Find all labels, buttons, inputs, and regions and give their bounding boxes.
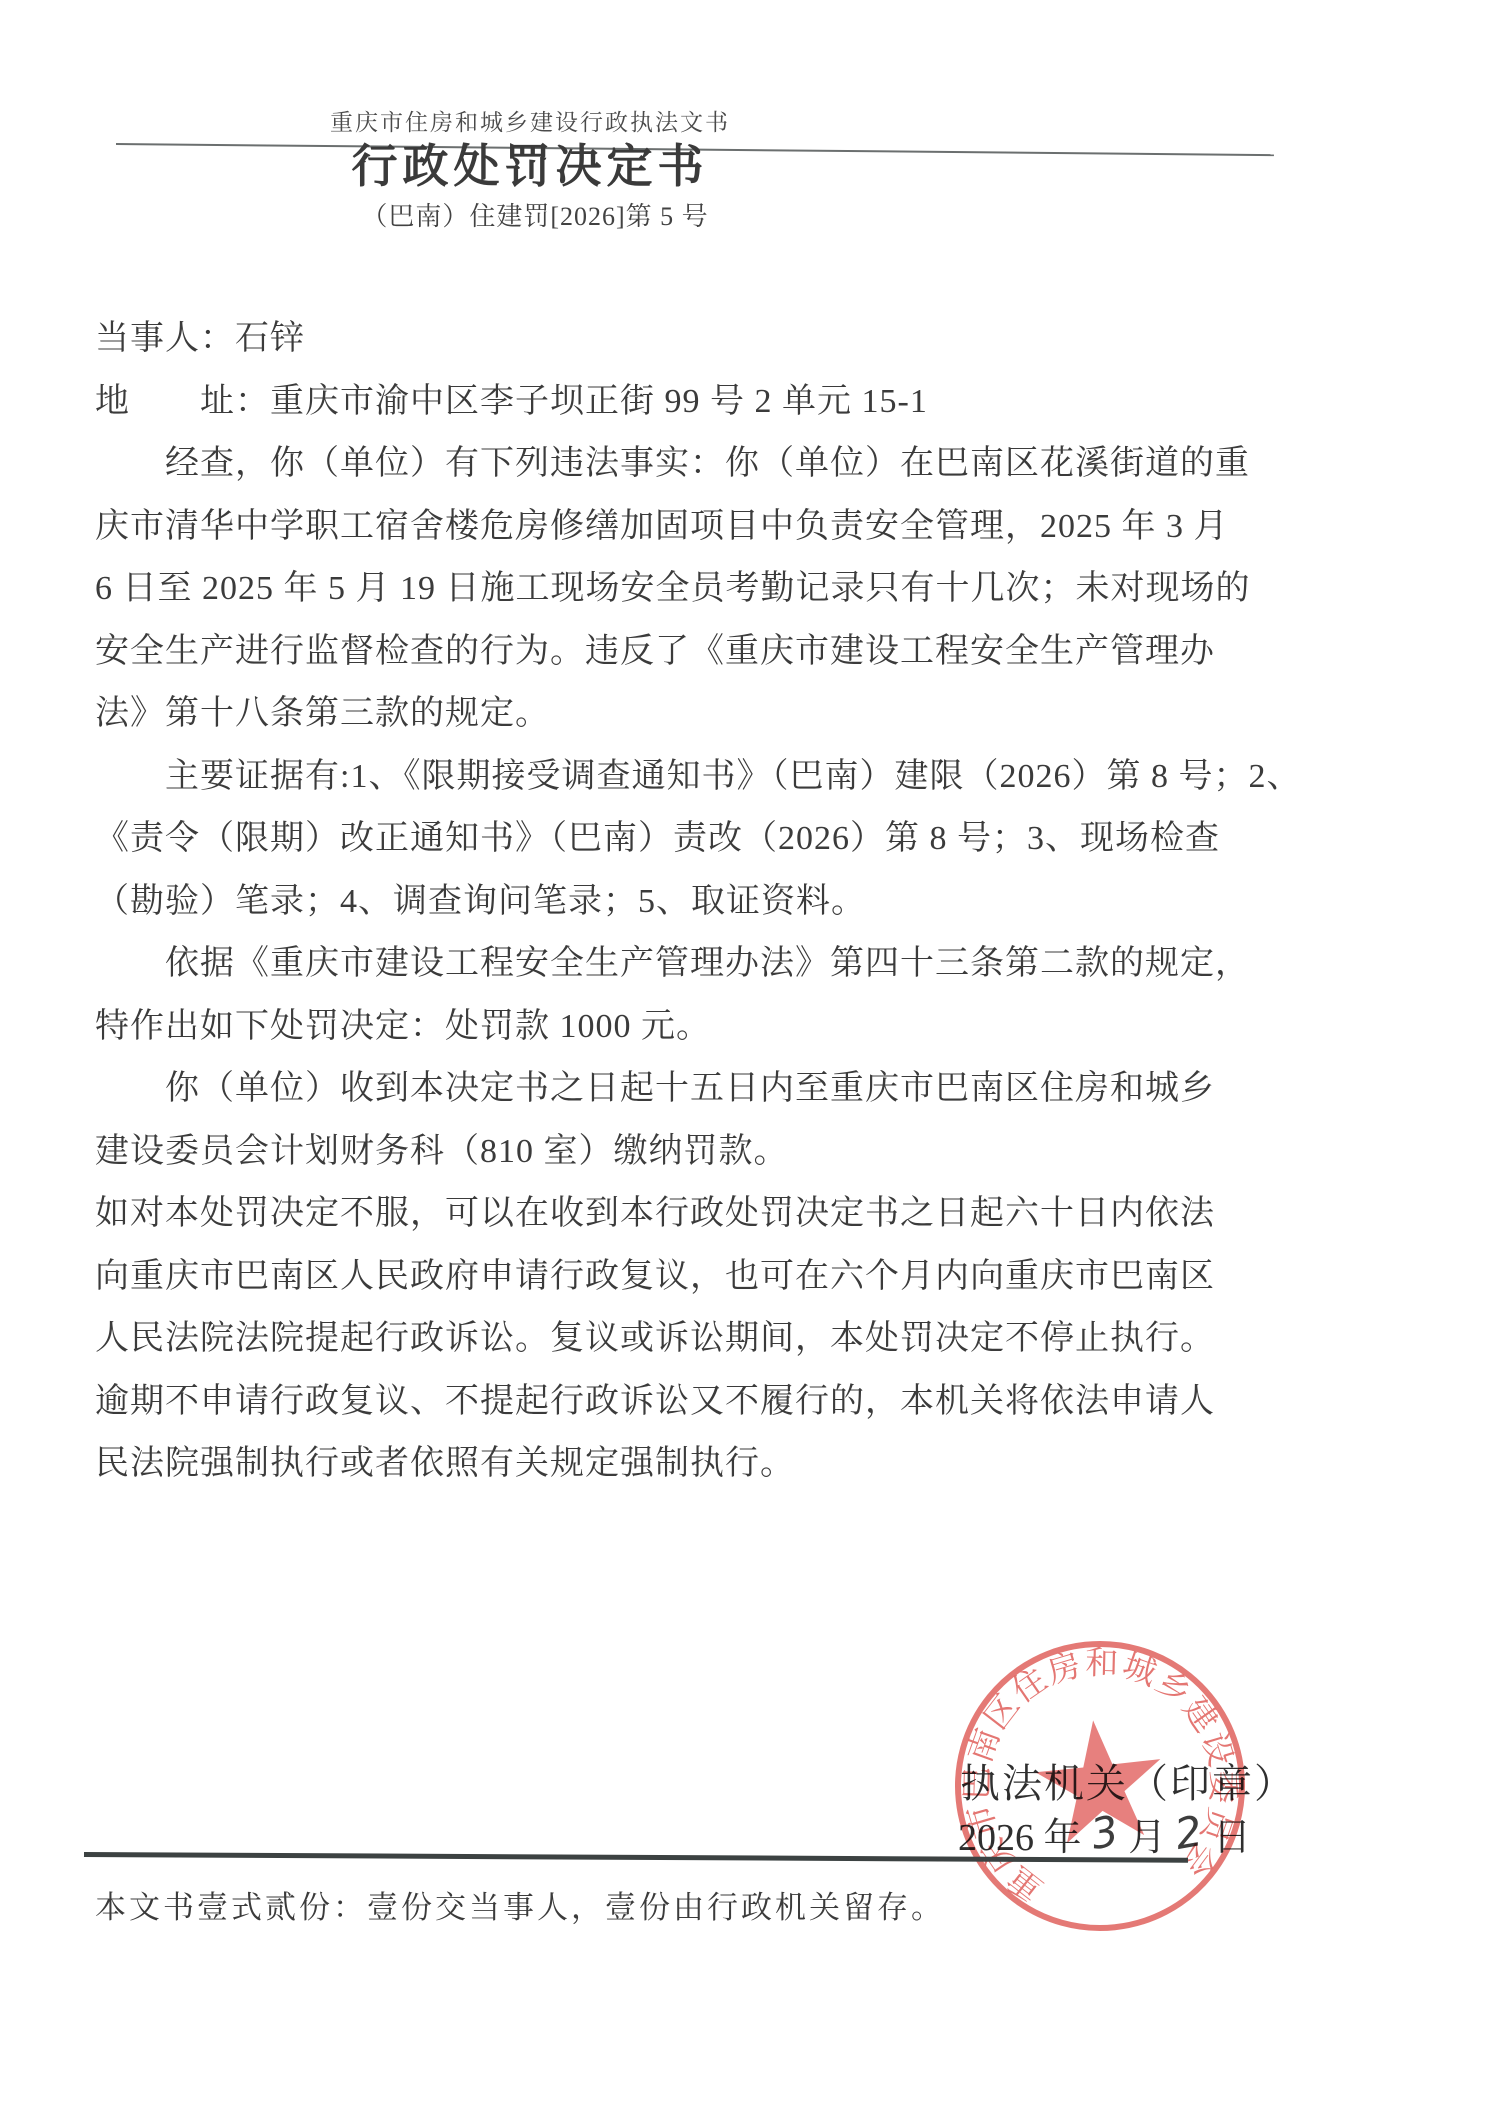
address-line: 地 址：重庆市渝中区李子坝正街 99 号 2 单元 15-1 — [95, 371, 1428, 434]
party-name-line: 当事人：石锌 — [95, 308, 1428, 371]
appeal-line-4: 逾期不申请行政复议、不提起行政诉讼又不履行的，本机关将依法申请人 — [95, 1371, 1428, 1434]
evidence-line-2: 《责令（限期）改正通知书》（巴南）责改（2026）第 8 号；3、现场检查 — [95, 808, 1428, 871]
evidence-line-3: （勘验）笔录；4、调查询问笔录；5、取证资料。 — [95, 871, 1428, 934]
official-seal: 重庆市巴南区住房和城乡建设委员会 — [935, 1621, 1265, 1951]
facts-line-4: 安全生产进行监督检查的行为。违反了《重庆市建设工程安全生产管理办 — [95, 621, 1428, 684]
facts-line-1: 经查，你（单位）有下列违法事实：你（单位）在巴南区花溪街道的重 — [95, 433, 1428, 496]
evidence-line-1: 主要证据有:1、《限期接受调查通知书》（巴南）建限（2026）第 8 号；2、 — [95, 746, 1428, 809]
payment-line-2: 建设委员会计划财务科（810 室）缴纳罚款。 — [95, 1121, 1428, 1184]
document-number: （巴南）住建罚[2026]第 5 号 — [361, 196, 708, 233]
appeal-line-3: 人民法院法院提起行政诉讼。复议或诉讼期间，本处罚决定不停止执行。 — [95, 1308, 1428, 1371]
payment-line-1: 你（单位）收到本决定书之日起十五日内至重庆市巴南区住房和城乡 — [95, 1058, 1428, 1121]
seal-star-icon — [1031, 1714, 1168, 1846]
facts-line-5: 法》第十八条第三款的规定。 — [95, 683, 1428, 746]
copies-note: 本文书壹式贰份：壹份交当事人，壹份由行政机关留存。 — [95, 1882, 945, 1927]
appeal-line-1: 如对本处罚决定不服，可以在收到本行政处罚决定书之日起六十日内依法 — [95, 1183, 1428, 1246]
decision-line-2: 特作出如下处罚决定：处罚款 1000 元。 — [95, 996, 1428, 1059]
facts-line-2: 庆市清华中学职工宿舍楼危房修缮加固项目中负责安全管理，2025 年 3 月 — [95, 496, 1428, 559]
decision-line-1: 依据《重庆市建设工程安全生产管理办法》第四十三条第二款的规定， — [95, 933, 1428, 996]
document-body: 当事人：石锌 地 址：重庆市渝中区李子坝正街 99 号 2 单元 15-1 经查… — [95, 308, 1428, 1496]
facts-line-3: 6 日至 2025 年 5 月 19 日施工现场安全员考勤记录只有十几次；未对现… — [95, 558, 1428, 621]
appeal-line-2: 向重庆市巴南区人民政府申请行政复议，也可在六个月内向重庆市巴南区 — [95, 1246, 1428, 1309]
penalty-decision-document: 重庆市住房和城乡建设行政执法文书 行政处罚决定书 （巴南）住建罚[2026]第 … — [0, 0, 1488, 2104]
page-title: 行政处罚决定书 — [352, 130, 709, 196]
appeal-line-5: 民法院强制执行或者依照有关规定强制执行。 — [95, 1433, 1428, 1496]
